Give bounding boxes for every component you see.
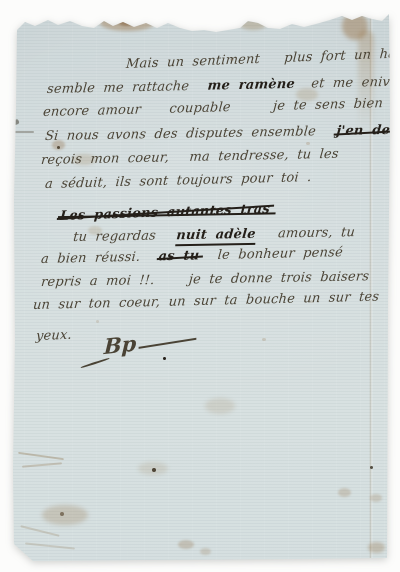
signature: Bp (103, 324, 197, 359)
handwriting-line: a séduit, ils sont toujours pour toi . (44, 170, 312, 192)
handwriting-line: un sur ton coeur, un sur ta bouche un su… (32, 290, 379, 313)
handwriting-segment: reçois mon coeur, (40, 150, 169, 168)
handwriting-line: tu regardas nuit adèle amours, tu (72, 225, 356, 248)
handwriting-segment: encore amour (42, 102, 141, 120)
photo-background: Mais un sentiment plus fort un harmonieu… (0, 0, 400, 572)
handwriting-segment: je te donne trois baisers (188, 269, 370, 287)
handwriting-segment-struck: Les passions autantes tras (59, 202, 270, 224)
handwriting-segment: repris a moi !!. (40, 273, 155, 290)
handwriting-segment: semble me rattache (46, 79, 189, 97)
handwriting-segment: tu regardas (72, 229, 156, 245)
handwriting-segment: un sur ton coeur, un sur ta bouche un su… (32, 290, 379, 313)
handwriting-segment: plus fort un harmonieux (284, 44, 400, 66)
handwriting-segment: le bonheur pensé (217, 245, 343, 263)
handwriting-segment-underlined: nuit adèle (175, 227, 256, 246)
stain-spot (190, 17, 208, 25)
handwriting-segment: me ramène (207, 77, 296, 94)
handwriting: Mais un sentiment plus fort un harmonieu… (0, 0, 400, 572)
handwriting-segment-struck: as tu (158, 248, 200, 264)
handwriting-line: Si nous avons des disputes ensemble j'en… (44, 122, 400, 144)
handwriting-segment: je te sens bien (272, 96, 383, 114)
signature-dot (163, 357, 166, 360)
handwriting-segment: amours, tu (277, 225, 355, 241)
letter-paper: Mais un sentiment plus fort un harmonieu… (0, 0, 400, 572)
handwriting-segment: et me enivre (311, 74, 400, 91)
handwriting-line: yeux. (35, 328, 72, 344)
handwriting-line: semble me rattache me ramène et me enivr… (46, 74, 400, 97)
paper-shadow: Mais un sentiment plus fort un harmonieu… (0, 0, 400, 572)
handwriting-segment: Si nous avons des disputes ensemble (44, 124, 316, 144)
handwriting-line: encore amour coupable je te sens bien (42, 96, 383, 120)
signature-flourish (81, 357, 110, 368)
handwriting-line: reçois mon coeur, ma tendresse, tu les (40, 147, 339, 168)
handwriting-segment: a bien réussi. (40, 250, 140, 267)
handwriting-segment: a séduit, ils sont toujours pour toi . (44, 170, 312, 192)
handwriting-segment: yeux. (35, 328, 72, 344)
handwriting-segment: coupable (169, 100, 231, 117)
handwriting-line: Mais un sentiment plus fort un harmonieu… (126, 44, 400, 72)
handwriting-segment-struck: j'en devenu (336, 122, 400, 139)
handwriting-segment: ma tendresse, tu les (189, 147, 340, 165)
handwriting-line: a bien réussi. as tu le bonheur pensé (40, 245, 343, 267)
handwriting-line: Les passions autantes tras (59, 202, 270, 224)
handwriting-segment: Mais un sentiment (126, 52, 261, 72)
handwriting-line: repris a moi !!. je te donne trois baise… (40, 269, 369, 290)
